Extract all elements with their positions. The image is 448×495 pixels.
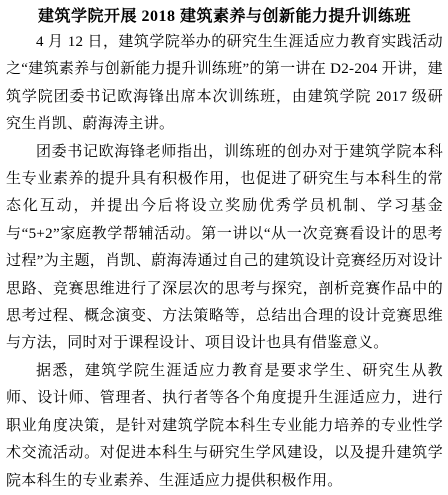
paragraph-background: 据悉，建筑学院生涯适应力教育是要求学生、研究生从教师、设计师、管理者、执行者等各… <box>6 358 443 495</box>
document-title: 建筑学院开展 2018 建筑素养与创新能力提升训练班 <box>6 4 443 29</box>
document-page: 建筑学院开展 2018 建筑素养与创新能力提升训练班 4 月 12 日，建筑学院… <box>0 0 448 495</box>
paragraph-lecture-details: 团委书记欧海锋老师指出，训练班的创办对于建筑学院本科生专业素养的提升具有积极作用… <box>6 139 443 358</box>
paragraph-intro: 4 月 12 日，建筑学院举办的研究生生涯适应力教育实践活动之“建筑素养与创新能… <box>6 29 443 139</box>
